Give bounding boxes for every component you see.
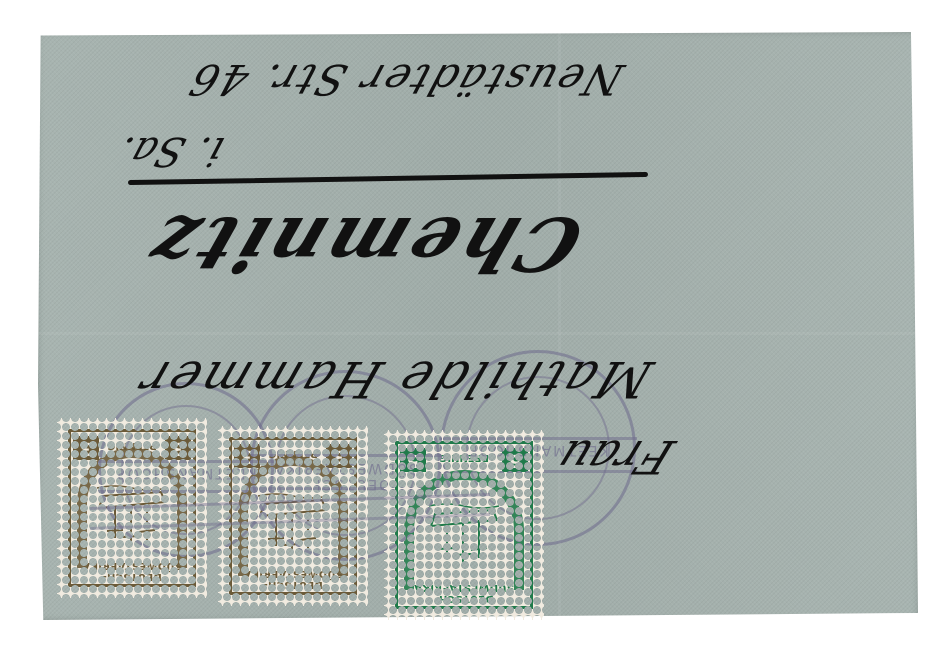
ship-icon <box>427 494 501 564</box>
stamp-value: 5 <box>502 448 528 472</box>
stamp-currency: PFENNIG <box>262 448 324 459</box>
stamp-value: 3 <box>234 444 260 468</box>
address-salutation: Frau <box>549 430 682 484</box>
stamp-currency: PFENNIG <box>428 452 500 463</box>
address-district: i. Sa. <box>113 128 230 174</box>
stamp-value: 5 <box>400 448 426 472</box>
stamp-5-pfennig: DEUTSCH-SÜDWESTAFRIKA 5 PFENNIG 5 <box>384 430 544 620</box>
stamp-value: 3 <box>326 444 352 468</box>
stamp-value: 3 <box>73 436 99 460</box>
stamp-currency: PFENNIG <box>101 440 163 451</box>
stamp-3-pfennig: DEUTSCH-SÜDWESTAFRIKA 3 PFENNIG 3 <box>218 426 368 606</box>
ship-icon <box>95 476 169 546</box>
address-city: Chemnitz <box>134 200 594 286</box>
address-street: Neustädter Str. 46 <box>182 55 629 104</box>
fold-crease <box>38 332 918 335</box>
address-recipient: Mathilde Hammer <box>129 350 660 408</box>
stamp-value: 3 <box>165 436 191 460</box>
